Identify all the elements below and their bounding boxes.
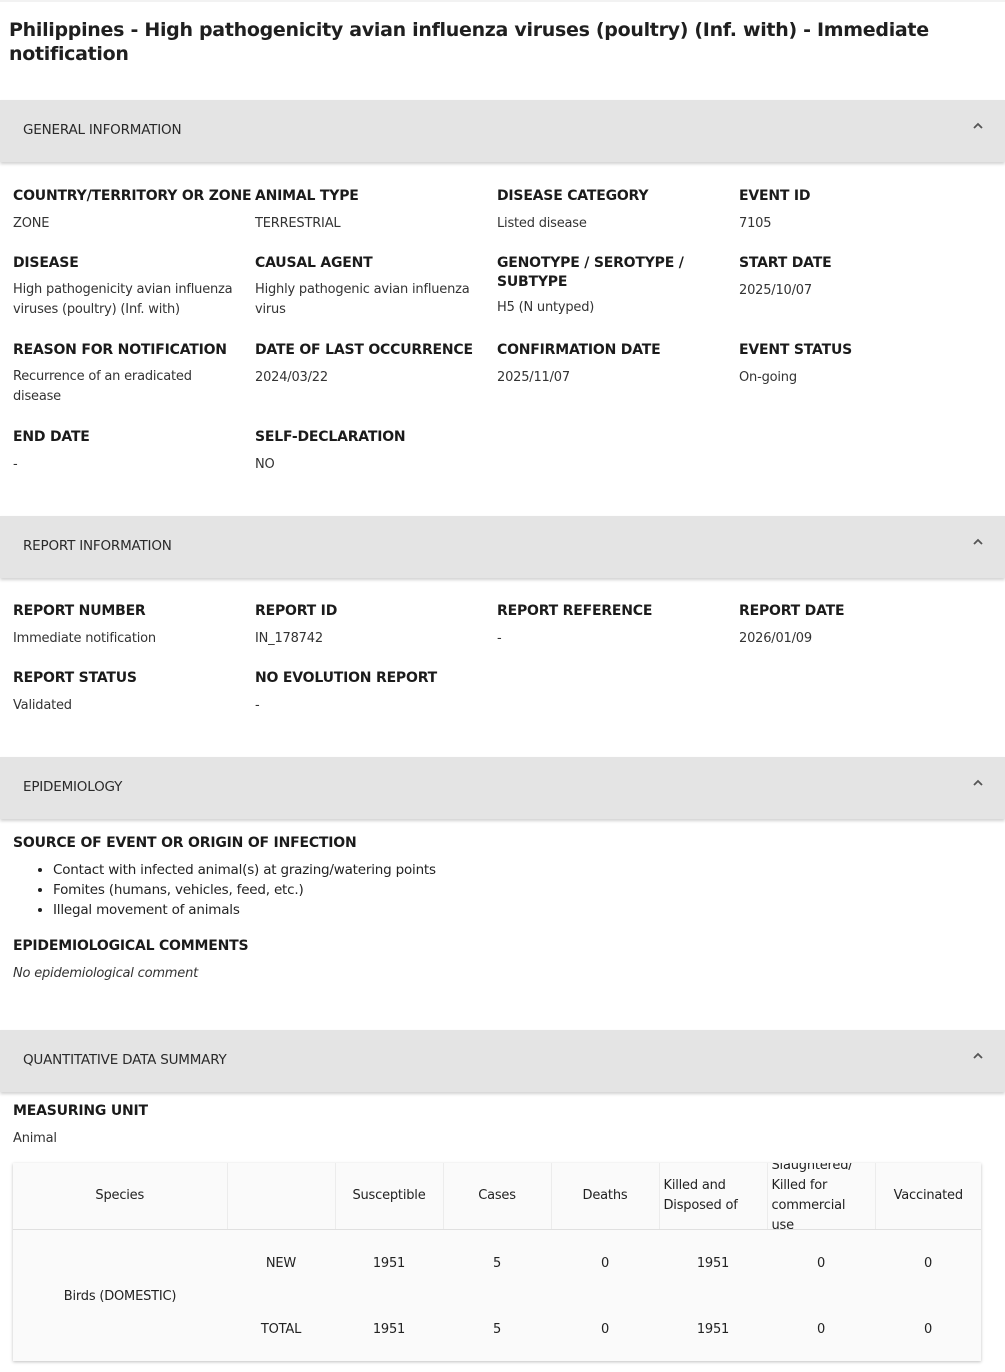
field-disease-category: DISEASE CATEGORY Listed disease: [497, 187, 737, 234]
field-report-status: REPORT STATUS Validated: [13, 669, 253, 716]
field-no-evolution-report: NO EVOLUTION REPORT -: [255, 669, 495, 716]
cell-killed-disposed: 1951: [659, 1296, 767, 1361]
field-confirmation-date: CONFIRMATION DATE 2025/11/07: [497, 341, 737, 388]
field-causal-agent: CAUSAL AGENT Highly pathogenic avian inf…: [255, 254, 495, 320]
field-event-id: EVENT ID 7105: [739, 187, 979, 234]
row-type: NEW: [227, 1230, 335, 1297]
table-header-row: Species Susceptible Cases Deaths Killed …: [13, 1163, 981, 1230]
page-title: Philippines - High pathogenicity avian i…: [9, 18, 969, 66]
cell-susceptible: 1951: [335, 1230, 443, 1297]
chevron-up-icon[interactable]: [971, 119, 985, 133]
section-header-epidemiology[interactable]: EPIDEMIOLOGY: [0, 757, 1005, 819]
section-title: EPIDEMIOLOGY: [23, 779, 122, 795]
quantitative-data-table: Species Susceptible Cases Deaths Killed …: [13, 1163, 981, 1361]
field-report-id: REPORT ID IN_178742: [255, 602, 495, 649]
field-genotype-serotype-subtype: GENOTYPE / SEROTYPE / SUBTYPE H5 (N unty…: [497, 254, 697, 318]
section-title: QUANTITATIVE DATA SUMMARY: [23, 1052, 227, 1068]
field-event-status: EVENT STATUS On-going: [739, 341, 979, 388]
list-item: Fomites (humans, vehicles, feed, etc.): [53, 880, 436, 900]
cell-slaughtered: 0: [767, 1230, 875, 1297]
field-epidemiological-comments: EPIDEMIOLOGICAL COMMENTS No epidemiologi…: [13, 937, 513, 984]
field-animal-type: ANIMAL TYPE TERRESTRIAL: [255, 187, 495, 234]
cell-killed-disposed: 1951: [659, 1230, 767, 1297]
field-date-of-last-occurrence: DATE OF LAST OCCURRENCE 2024/03/22: [255, 341, 495, 388]
field-source-of-event: SOURCE OF EVENT OR ORIGIN OF INFECTION: [13, 834, 513, 853]
source-list: Contact with infected animal(s) at grazi…: [13, 860, 436, 920]
chevron-up-icon[interactable]: [971, 776, 985, 790]
col-type: [227, 1163, 335, 1230]
list-item: Illegal movement of animals: [53, 900, 436, 920]
field-start-date: START DATE 2025/10/07: [739, 254, 979, 301]
col-slaughtered[interactable]: Slaughtered/ Killed for commercial use: [767, 1163, 875, 1230]
col-species[interactable]: Species: [13, 1163, 227, 1230]
top-divider: [0, 0, 1005, 2]
cell-cases: 5: [443, 1230, 551, 1297]
cell-deaths: 0: [551, 1296, 659, 1361]
field-country-territory-zone: COUNTRY/TERRITORY OR ZONE ZONE: [13, 187, 253, 234]
cell-slaughtered: 0: [767, 1296, 875, 1361]
table-row: Birds (DOMESTIC) NEW 1951 5 0 1951 0 0: [13, 1230, 981, 1297]
section-title: REPORT INFORMATION: [23, 538, 172, 554]
field-measuring-unit: MEASURING UNIT Animal: [13, 1102, 253, 1149]
field-disease: DISEASE High pathogenicity avian influen…: [13, 254, 258, 320]
list-item: Contact with infected animal(s) at grazi…: [53, 860, 436, 880]
field-end-date: END DATE -: [13, 428, 253, 475]
col-susceptible[interactable]: Susceptible: [335, 1163, 443, 1230]
species-cell: Birds (DOMESTIC): [13, 1230, 227, 1362]
cell-vaccinated: 0: [875, 1230, 981, 1297]
col-cases[interactable]: Cases: [443, 1163, 551, 1230]
section-header-general-information[interactable]: GENERAL INFORMATION: [0, 100, 1005, 162]
section-header-quantitative-data-summary[interactable]: QUANTITATIVE DATA SUMMARY: [0, 1030, 1005, 1092]
cell-deaths: 0: [551, 1230, 659, 1297]
field-self-declaration: SELF-DECLARATION NO: [255, 428, 495, 475]
row-type: TOTAL: [227, 1296, 335, 1361]
field-report-reference: REPORT REFERENCE -: [497, 602, 737, 649]
field-reason-for-notification: REASON FOR NOTIFICATION Recurrence of an…: [13, 341, 238, 407]
chevron-up-icon[interactable]: [971, 535, 985, 549]
field-report-date: REPORT DATE 2026/01/09: [739, 602, 979, 649]
cell-vaccinated: 0: [875, 1296, 981, 1361]
col-deaths[interactable]: Deaths: [551, 1163, 659, 1230]
col-vaccinated[interactable]: Vaccinated: [875, 1163, 981, 1230]
section-header-report-information[interactable]: REPORT INFORMATION: [0, 516, 1005, 578]
cell-cases: 5: [443, 1296, 551, 1361]
field-report-number: REPORT NUMBER Immediate notification: [13, 602, 253, 649]
cell-susceptible: 1951: [335, 1296, 443, 1361]
col-killed-disposed[interactable]: Killed and Disposed of: [659, 1163, 767, 1230]
section-title: GENERAL INFORMATION: [23, 122, 181, 138]
chevron-up-icon[interactable]: [971, 1049, 985, 1063]
